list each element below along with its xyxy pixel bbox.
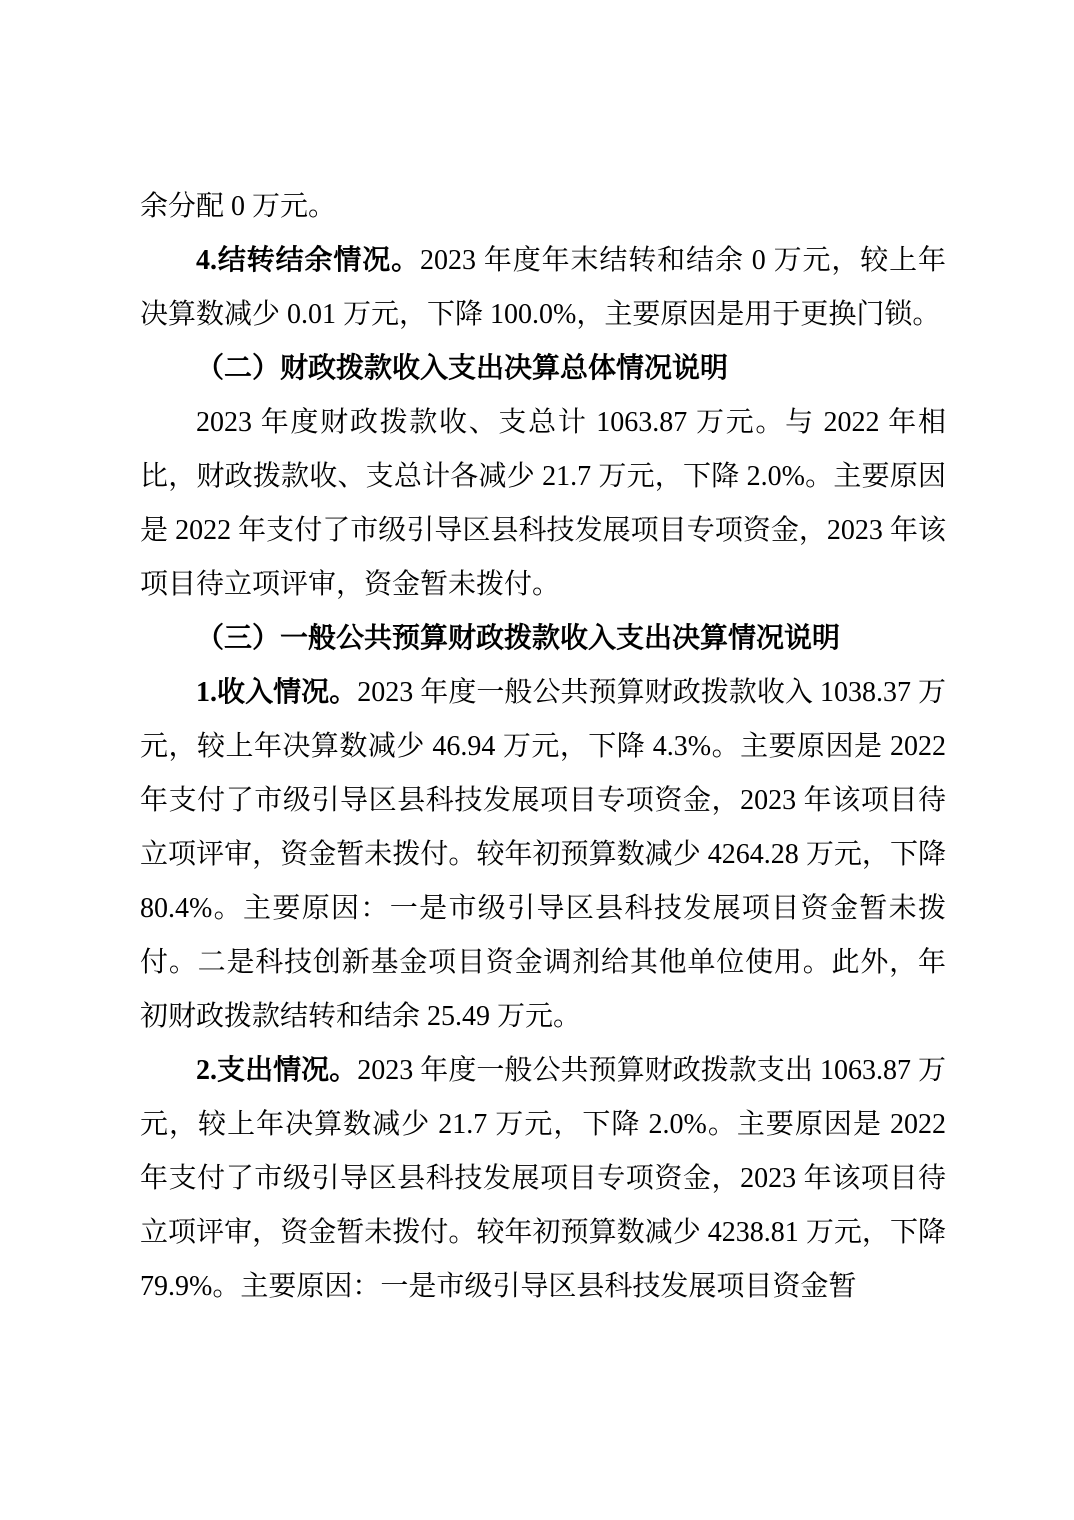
emphasis-text-segment: 4.结转结余情况。 [196,245,420,276]
text-segment: 余分配 0 万元。 [140,191,336,222]
text-segment: 2023 年度财政拨款收、支总计 1063.87 万元。与 2022 年相比，财… [140,407,946,600]
emphasis-text-segment: 1.收入情况。 [196,677,357,708]
document-body: 余分配 0 万元。4.结转结余情况。2023 年度年末结转和结余 0 万元，较上… [140,180,946,1314]
text-segment: 2023 年度一般公共预算财政拨款支出 1063.87 万元，较上年决算数减少 … [140,1055,946,1302]
section-heading: （二）财政拨款收入支出决算总体情况说明 [140,342,946,396]
document-page: 余分配 0 万元。4.结转结余情况。2023 年度年末结转和结余 0 万元，较上… [0,0,1074,1520]
emphasis-text-segment: 2.支出情况。 [196,1055,357,1086]
emphasis-text-segment: （二）财政拨款收入支出决算总体情况说明 [196,353,728,384]
section-heading: （三）一般公共预算财政拨款收入支出决算情况说明 [140,612,946,666]
paragraph: 余分配 0 万元。 [140,180,946,234]
text-segment: 2023 年度一般公共预算财政拨款收入 1038.37 万元，较上年决算数减少 … [140,677,946,1032]
emphasis-text-segment: （三）一般公共预算财政拨款收入支出决算情况说明 [196,623,840,654]
paragraph: 2.支出情况。2023 年度一般公共预算财政拨款支出 1063.87 万元，较上… [140,1044,946,1314]
paragraph: 2023 年度财政拨款收、支总计 1063.87 万元。与 2022 年相比，财… [140,396,946,612]
paragraph: 1.收入情况。2023 年度一般公共预算财政拨款收入 1038.37 万元，较上… [140,666,946,1044]
paragraph: 4.结转结余情况。2023 年度年末结转和结余 0 万元，较上年决算数减少 0.… [140,234,946,342]
